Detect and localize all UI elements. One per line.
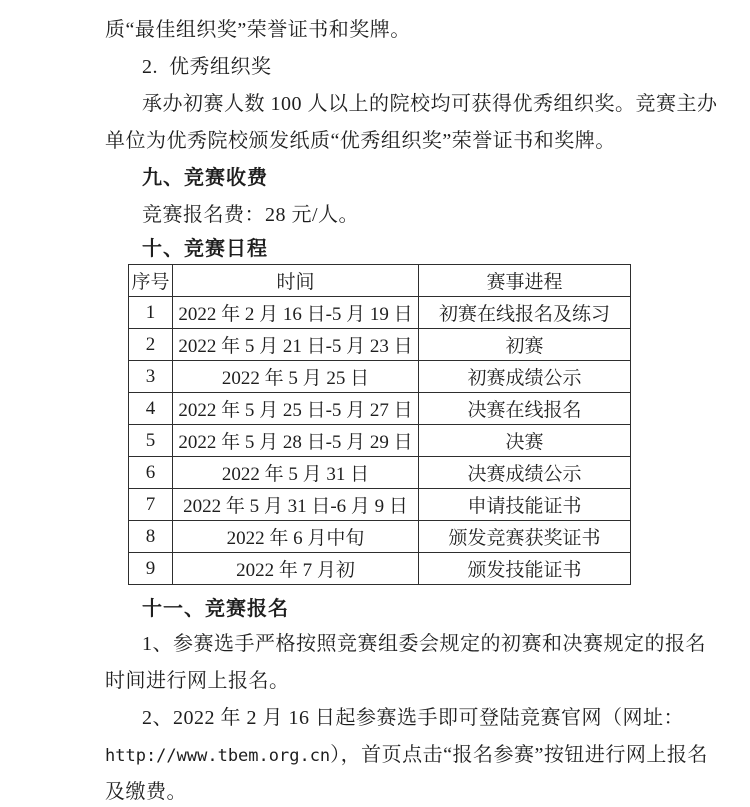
table-cell-event: 初赛 [419,329,631,361]
table-cell-seq: 3 [129,361,173,393]
section-heading-signup: 十一、竞赛报名 [0,592,750,626]
table-cell-event: 颁发技能证书 [419,553,631,585]
table-cell-time: 2022 年 5 月 31 日 [173,457,419,489]
table-cell-event: 申请技能证书 [419,489,631,521]
table-cell-event: 初赛成绩公示 [419,361,631,393]
table-cell-time: 2022 年 5 月 31 日-6 月 9 日 [173,489,419,521]
table-header-row: 序号 时间 赛事进程 [129,265,631,297]
paragraph-line-signup-1a: 1、参赛选手严格按照竞赛组委会规定的初赛和决赛规定的报名 [0,626,750,663]
table-row: 8 2022 年 6 月中旬 颁发竞赛获奖证书 [129,521,631,553]
table-cell-seq: 5 [129,425,173,457]
paragraph-line-best-award: 质“最佳组织奖”荣誉证书和奖牌。 [0,12,750,49]
table-row: 6 2022 年 5 月 31 日 决赛成绩公示 [129,457,631,489]
paragraph-line-fee: 竞赛报名费：28 元/人。 [0,197,750,234]
table-header-time: 时间 [173,265,419,297]
table-cell-time: 2022 年 7 月初 [173,553,419,585]
table-cell-event: 决赛在线报名 [419,393,631,425]
table-row: 3 2022 年 5 月 25 日 初赛成绩公示 [129,361,631,393]
table-header-seq: 序号 [129,265,173,297]
paragraph-line-signup-1b: 时间进行网上报名。 [0,663,750,700]
website-url: http://www.tbem.org.cn [105,746,330,766]
table-cell-seq: 1 [129,297,173,329]
table-row: 1 2022 年 2 月 16 日-5 月 19 日 初赛在线报名及练习 [129,297,631,329]
table-cell-event: 颁发竞赛获奖证书 [419,521,631,553]
paragraph-line-signup-2b-rest: ），首页点击“报名参赛”按钮进行网上报名 [330,744,708,766]
table-row: 2 2022 年 5 月 21 日-5 月 23 日 初赛 [129,329,631,361]
table-row: 5 2022 年 5 月 28 日-5 月 29 日 决赛 [129,425,631,457]
table-cell-time: 2022 年 5 月 28 日-5 月 29 日 [173,425,419,457]
paragraph-line-excellent-award-2: 单位为优秀院校颁发纸质“优秀组织奖”荣誉证书和奖牌。 [0,123,750,160]
paragraph-line-signup-2a: 2、2022 年 2 月 16 日起参赛选手即可登陆竞赛官网（网址： [0,700,750,737]
table-cell-time: 2022 年 5 月 25 日 [173,361,419,393]
table-cell-seq: 8 [129,521,173,553]
table-row: 4 2022 年 5 月 25 日-5 月 27 日 决赛在线报名 [129,393,631,425]
table-cell-seq: 4 [129,393,173,425]
paragraph-line-signup-2c: 及缴费。 [0,774,750,807]
table-cell-event: 决赛成绩公示 [419,457,631,489]
table-cell-seq: 9 [129,553,173,585]
section-heading-fee: 九、竞赛收费 [0,160,750,197]
table-cell-time: 2022 年 5 月 25 日-5 月 27 日 [173,393,419,425]
list-item-2-heading: 2. 优秀组织奖 [0,49,750,86]
table-cell-time: 2022 年 5 月 21 日-5 月 23 日 [173,329,419,361]
table-cell-event: 决赛 [419,425,631,457]
document-page: 质“最佳组织奖”荣誉证书和奖牌。 2. 优秀组织奖 承办初赛人数 100 人以上… [0,0,750,807]
table-cell-event: 初赛在线报名及练习 [419,297,631,329]
table-cell-seq: 6 [129,457,173,489]
table-row: 9 2022 年 7 月初 颁发技能证书 [129,553,631,585]
table-cell-time: 2022 年 2 月 16 日-5 月 19 日 [173,297,419,329]
table-cell-time: 2022 年 6 月中旬 [173,521,419,553]
schedule-table: 序号 时间 赛事进程 1 2022 年 2 月 16 日-5 月 19 日 初赛… [128,264,631,585]
table-cell-seq: 7 [129,489,173,521]
table-row: 7 2022 年 5 月 31 日-6 月 9 日 申请技能证书 [129,489,631,521]
paragraph-line-excellent-award-1: 承办初赛人数 100 人以上的院校均可获得优秀组织奖。竞赛主办 [0,86,750,123]
table-header-event: 赛事进程 [419,265,631,297]
paragraph-line-signup-2b: http://www.tbem.org.cn），首页点击“报名参赛”按钮进行网上… [0,737,750,774]
table-cell-seq: 2 [129,329,173,361]
section-heading-schedule: 十、竞赛日程 [0,234,750,264]
